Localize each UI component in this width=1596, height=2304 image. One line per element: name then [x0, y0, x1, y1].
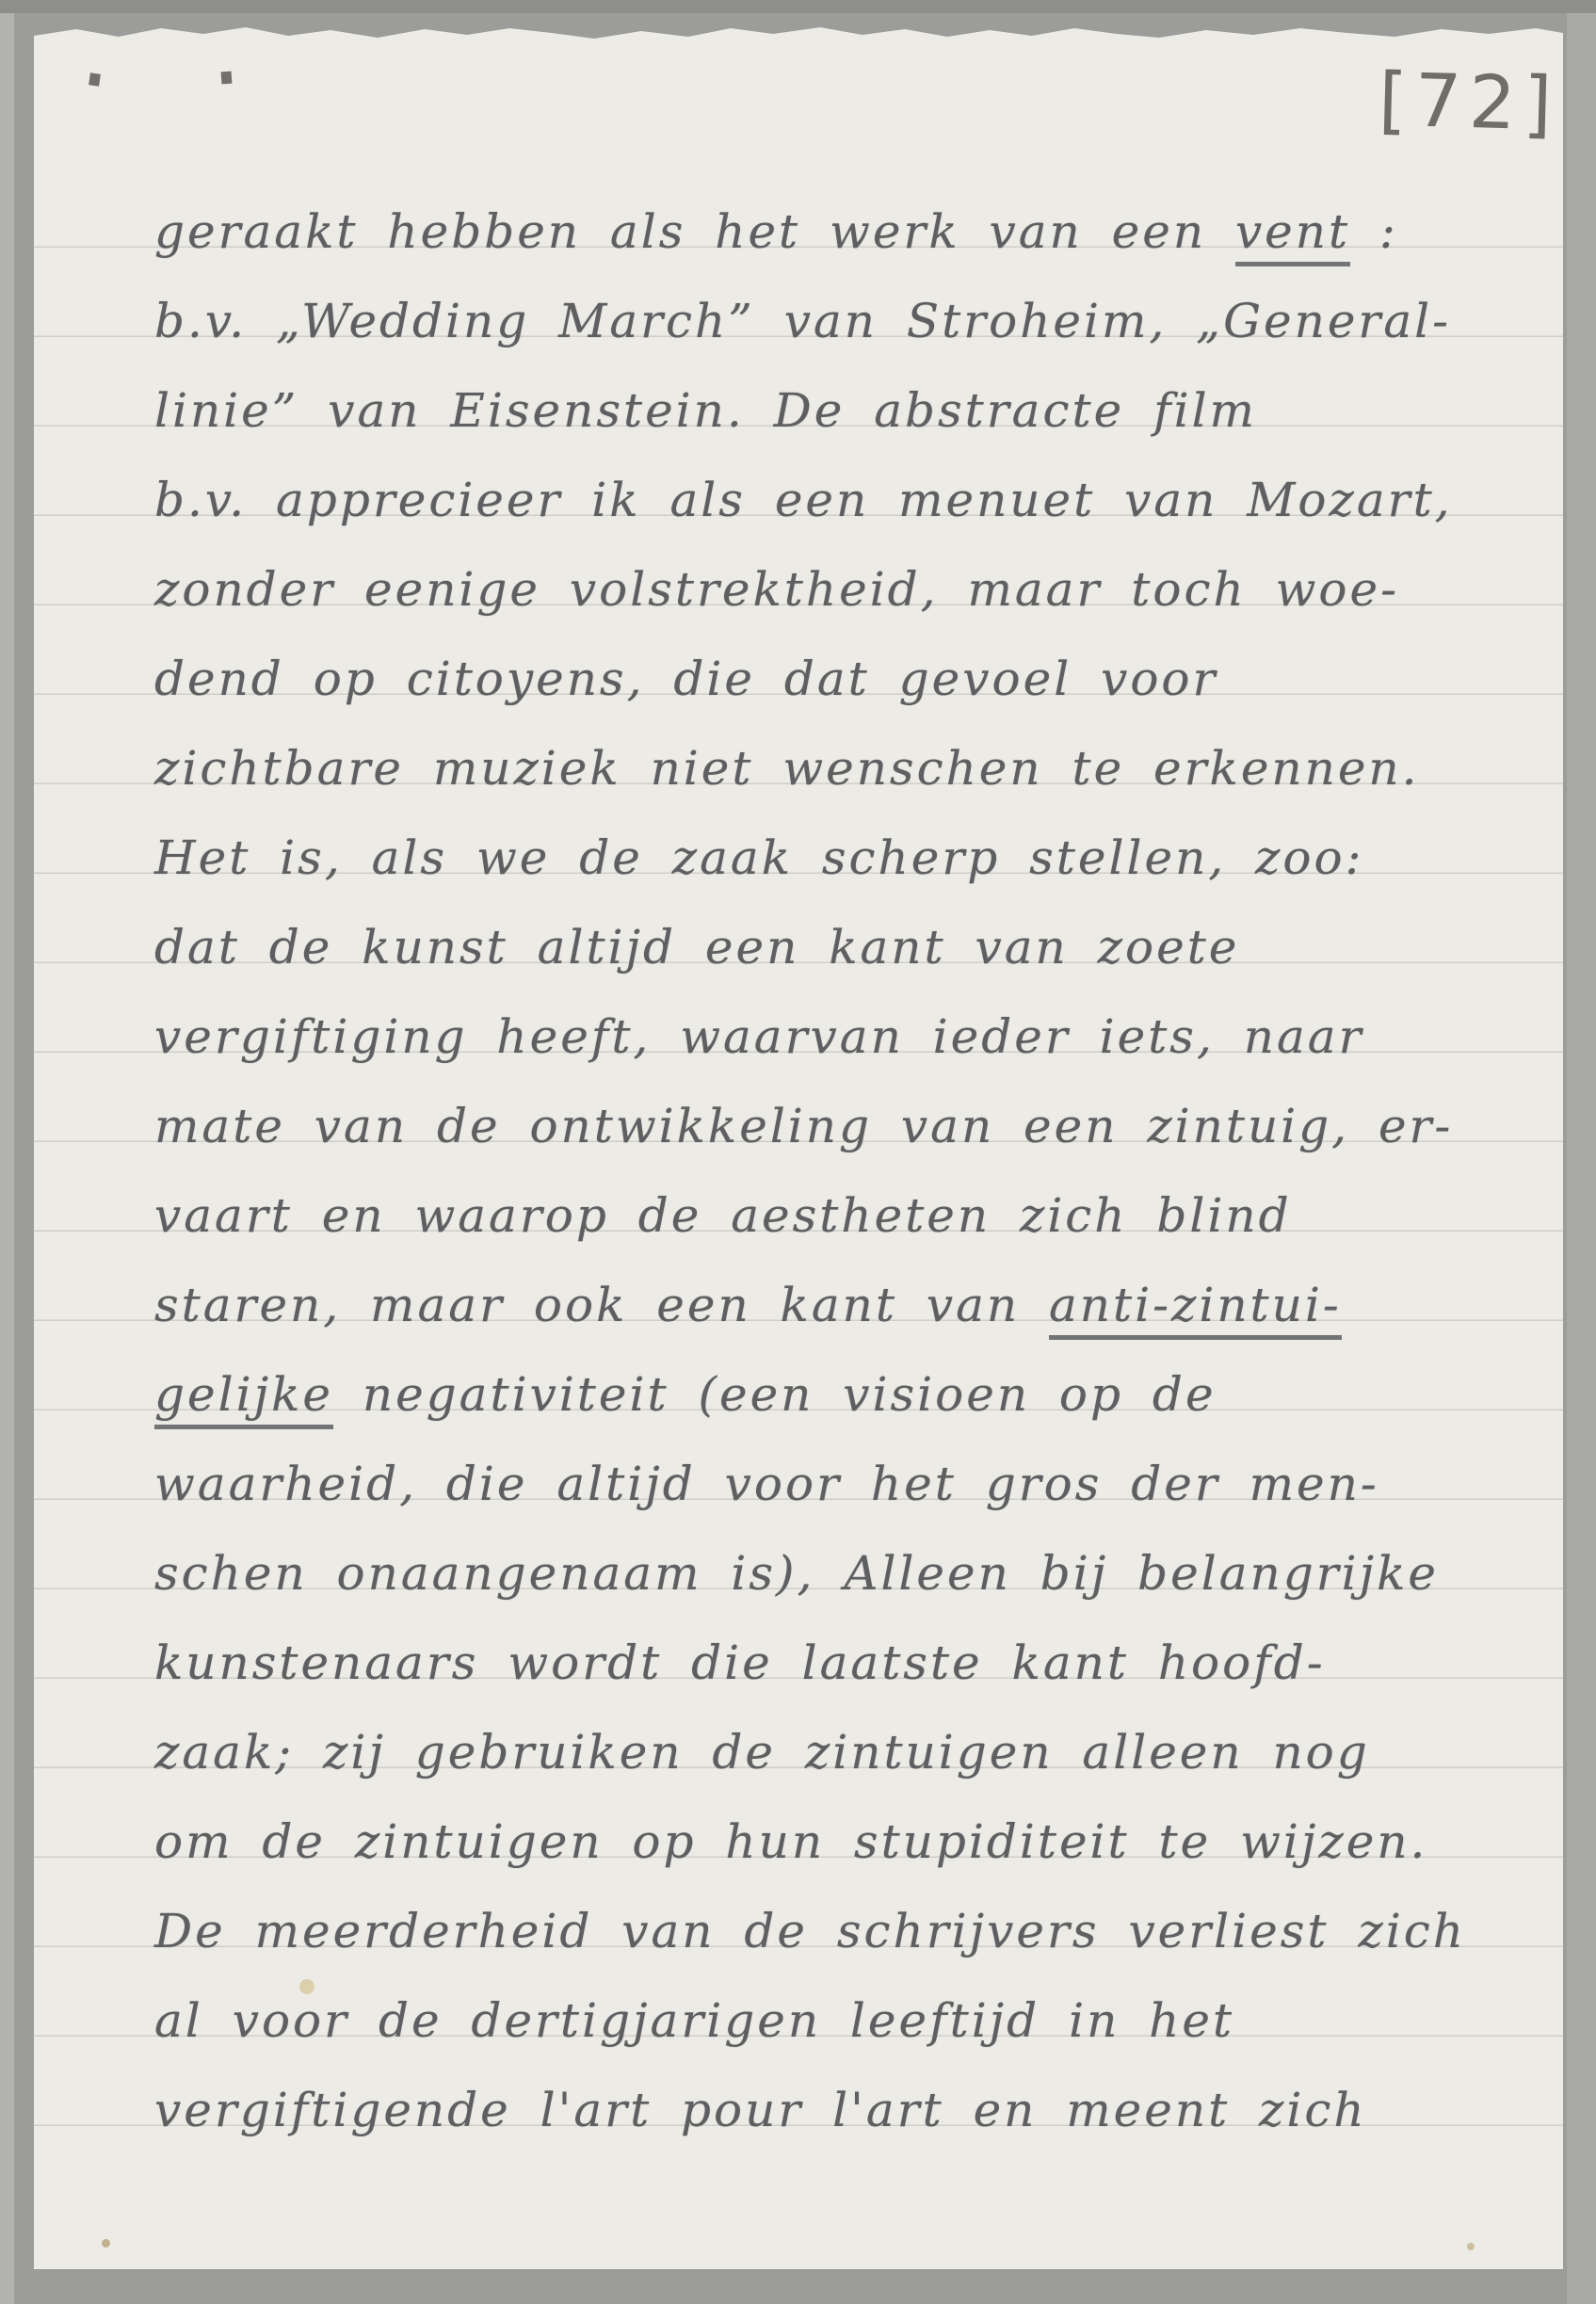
staple-hole	[89, 73, 101, 86]
line-segment: zaak; zij gebruiken de zintuigen alleen …	[154, 1725, 1370, 1780]
line-segment: schen onaangenaam is), Alleen bij belang…	[154, 1546, 1439, 1601]
scan-background-left-strip	[0, 0, 14, 2304]
paper-stain	[102, 2239, 110, 2248]
handwritten-line: linie” van Eisenstein. De abstracte film	[34, 366, 1563, 456]
line-segment: vergiftiging heeft, waarvan ieder iets, …	[154, 1009, 1363, 1064]
line-segment: Het is, als we de zaak scherp stellen, z…	[154, 830, 1363, 885]
handwritten-line: al voor de dertigjarigen leeftijd in het	[34, 1976, 1563, 2066]
staple-hole	[221, 72, 233, 85]
underlined-word: vent	[1235, 204, 1350, 266]
line-segment: dat de kunst altijd een kant van zoete	[154, 920, 1239, 975]
handwritten-line: Het is, als we de zaak scherp stellen, z…	[34, 814, 1563, 903]
handwritten-line: dat de kunst altijd een kant van zoete	[34, 903, 1563, 992]
handwritten-line: waarheid, die altijd voor het gros der m…	[34, 1440, 1563, 1529]
line-segment: negativiteit (een visioen op de	[333, 1367, 1217, 1422]
handwritten-line: b.v. „Wedding March” van Stroheim, „Gene…	[34, 277, 1563, 366]
line-segment: :	[1350, 204, 1398, 259]
line-segment: kunstenaars wordt die laatste kant hoofd…	[154, 1635, 1326, 1690]
handwritten-line: vergiftigende l'art pour l'art en meent …	[34, 2066, 1563, 2155]
line-segment: zonder eenige volstrektheid, maar toch w…	[154, 562, 1399, 617]
handwritten-line: vergiftiging heeft, waarvan ieder iets, …	[34, 992, 1563, 1082]
handwritten-line: zichtbare muziek niet wenschen te erkenn…	[34, 724, 1563, 814]
line-segment: De meerderheid van de schrijvers verlies…	[154, 1904, 1466, 1958]
line-segment: waarheid, die altijd voor het gros der m…	[154, 1457, 1379, 1511]
handwritten-line: geraakt hebben als het werk van een vent…	[34, 187, 1563, 277]
handwritten-line: b.v. apprecieer ik als een menuet van Mo…	[34, 456, 1563, 545]
manuscript-page: [72] geraakt hebben als het werk van een…	[34, 24, 1563, 2269]
handwritten-line: mate van de ontwikkeling van een zintuig…	[34, 1082, 1563, 1171]
scan-background-right-strip	[1567, 0, 1596, 2304]
handwritten-line: om de zintuigen op hun stupiditeit te wi…	[34, 1797, 1563, 1887]
handwritten-line: zaak; zij gebruiken de zintuigen alleen …	[34, 1708, 1563, 1797]
line-segment: staren, maar ook een kant van	[154, 1278, 1049, 1332]
line-segment: vaart en waarop de aestheten zich blind	[154, 1188, 1292, 1243]
page-number: [72]	[1378, 58, 1560, 148]
line-segment: dend op citoyens, die dat gevoel voor	[154, 652, 1217, 706]
handwritten-line: staren, maar ook een kant van anti-zintu…	[34, 1261, 1563, 1350]
scanned-manuscript: { "manuscript": { "page_number": "[72]",…	[0, 0, 1596, 2304]
handwritten-text-block: geraakt hebben als het werk van een vent…	[34, 187, 1563, 2155]
handwritten-line: vaart en waarop de aestheten zich blind	[34, 1171, 1563, 1261]
line-segment: geraakt hebben als het werk van een	[154, 204, 1235, 259]
line-segment: al voor de dertigjarigen leeftijd in het	[154, 1993, 1234, 2048]
line-segment: b.v. apprecieer ik als een menuet van Mo…	[154, 473, 1453, 527]
underlined-word: gelijke	[154, 1367, 333, 1429]
line-segment: mate van de ontwikkeling van een zintuig…	[154, 1099, 1453, 1153]
line-segment: b.v. „Wedding March” van Stroheim, „Gene…	[154, 294, 1451, 348]
handwritten-line: gelijke negativiteit (een visioen op de	[34, 1350, 1563, 1440]
line-segment: om de zintuigen op hun stupiditeit te wi…	[154, 1814, 1427, 1869]
handwritten-line: De meerderheid van de schrijvers verlies…	[34, 1887, 1563, 1976]
handwritten-line: kunstenaars wordt die laatste kant hoofd…	[34, 1619, 1563, 1708]
handwritten-line: zonder eenige volstrektheid, maar toch w…	[34, 545, 1563, 635]
line-segment: linie” van Eisenstein. De abstracte film	[154, 383, 1257, 438]
paper-stain	[1467, 2243, 1475, 2250]
line-segment: vergiftigende l'art pour l'art en meent …	[154, 2083, 1367, 2137]
scan-background-top-strip	[0, 0, 1596, 13]
underlined-word: anti-zintui-	[1049, 1278, 1342, 1340]
line-segment: zichtbare muziek niet wenschen te erkenn…	[154, 741, 1420, 796]
handwritten-line: dend op citoyens, die dat gevoel voor	[34, 635, 1563, 724]
handwritten-line: schen onaangenaam is), Alleen bij belang…	[34, 1529, 1563, 1619]
